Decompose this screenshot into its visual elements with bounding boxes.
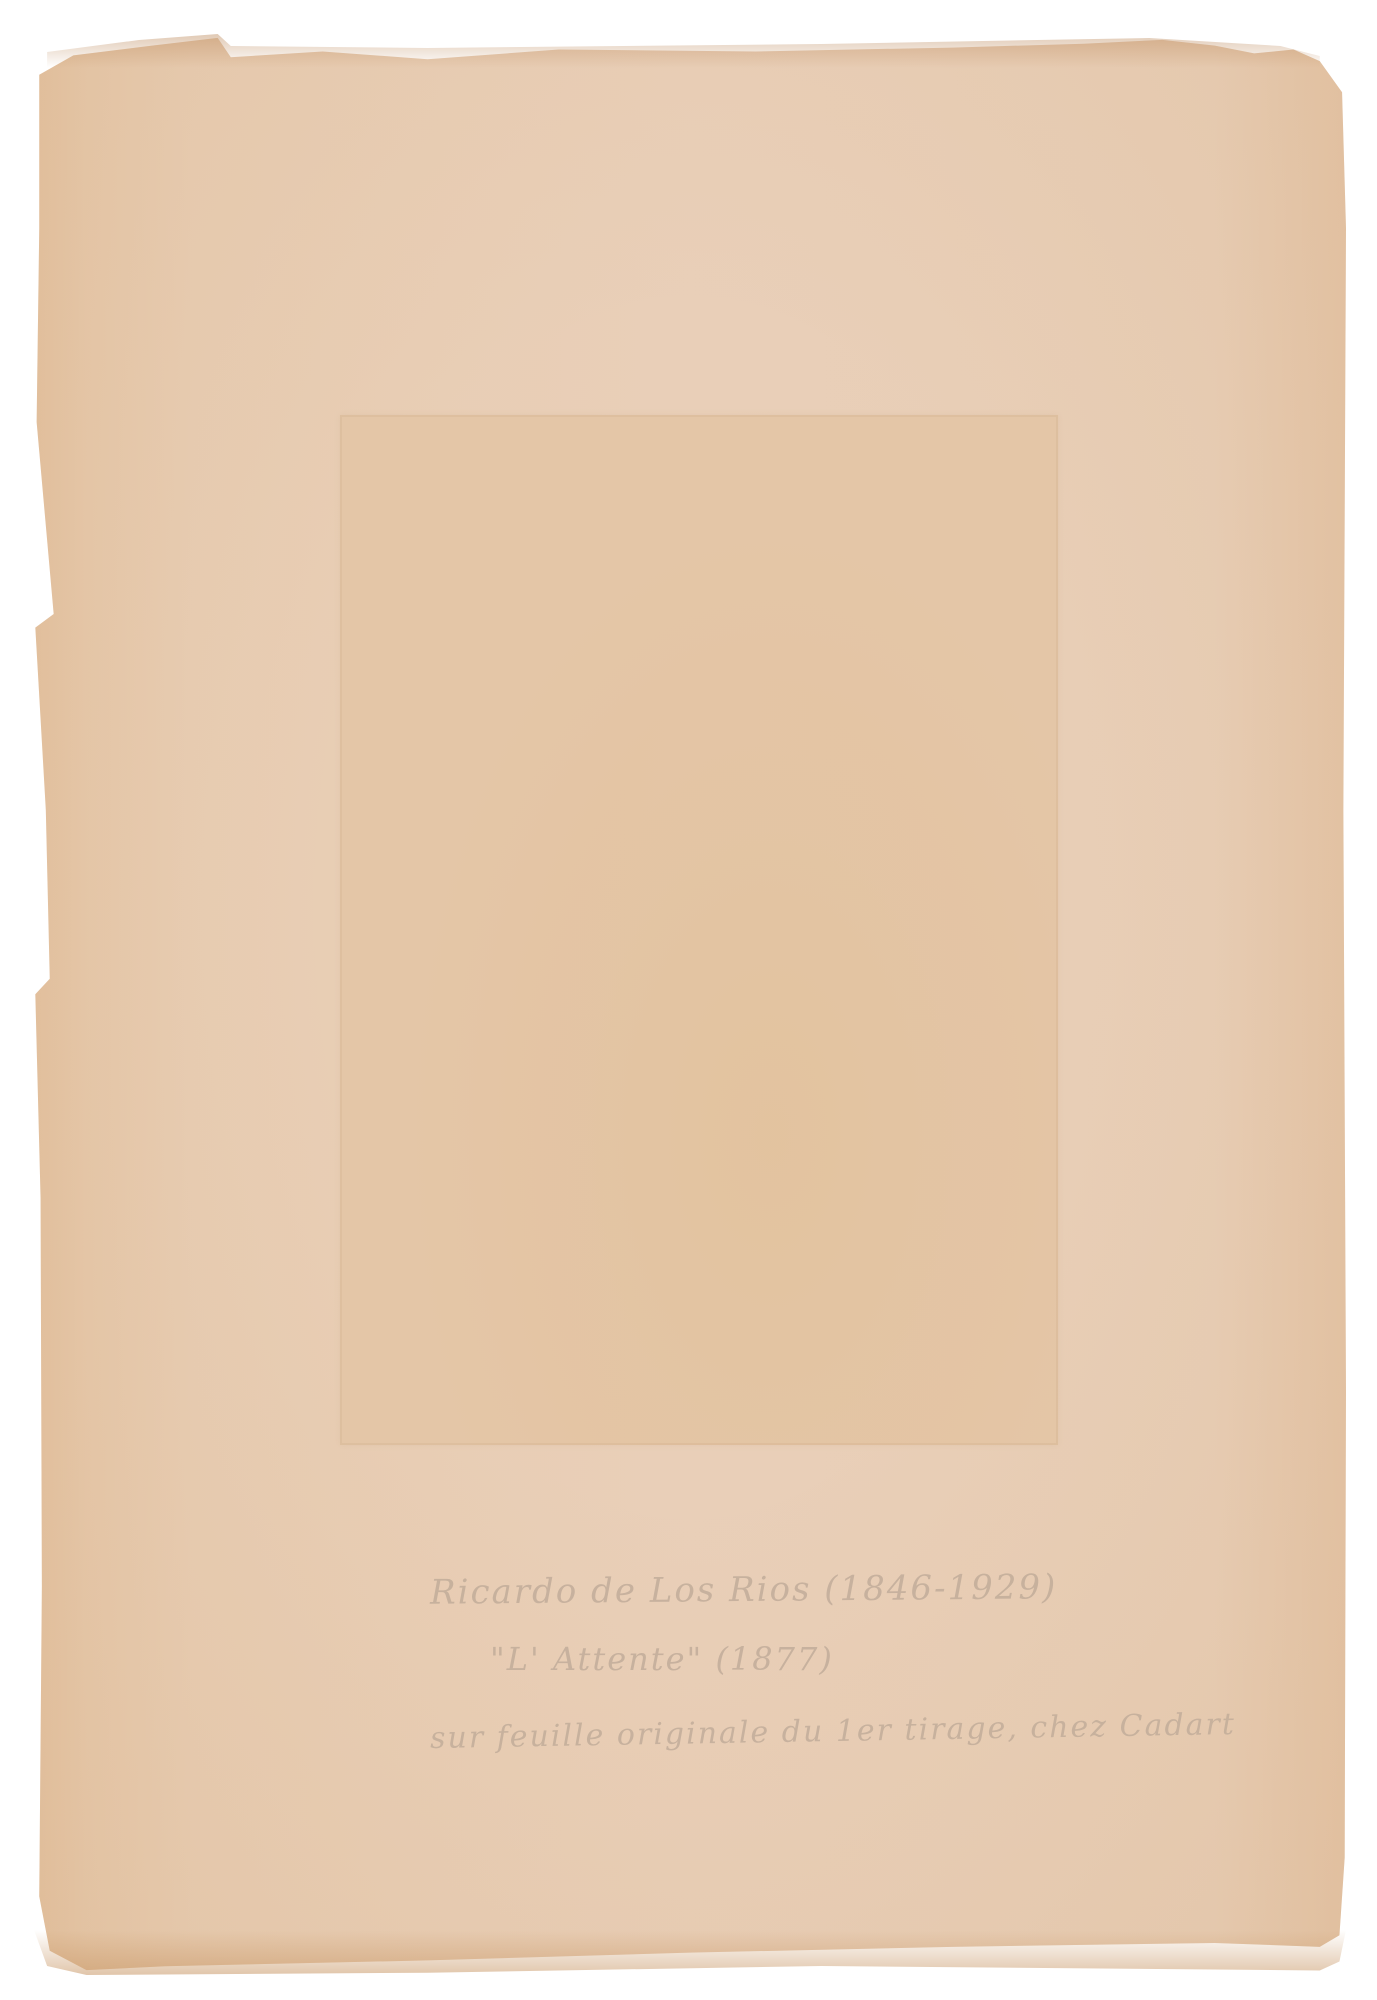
etching-plate-mark — [340, 415, 1058, 1445]
pencil-annotation-artist: Ricardo de Los Rios (1846-1929) — [430, 1567, 1058, 1612]
pencil-annotation-title: "L' Attente" (1877) — [490, 1640, 834, 1678]
paper-torn-bottom-edge — [34, 1930, 1346, 1975]
paper-torn-top-edge — [34, 28, 1346, 68]
